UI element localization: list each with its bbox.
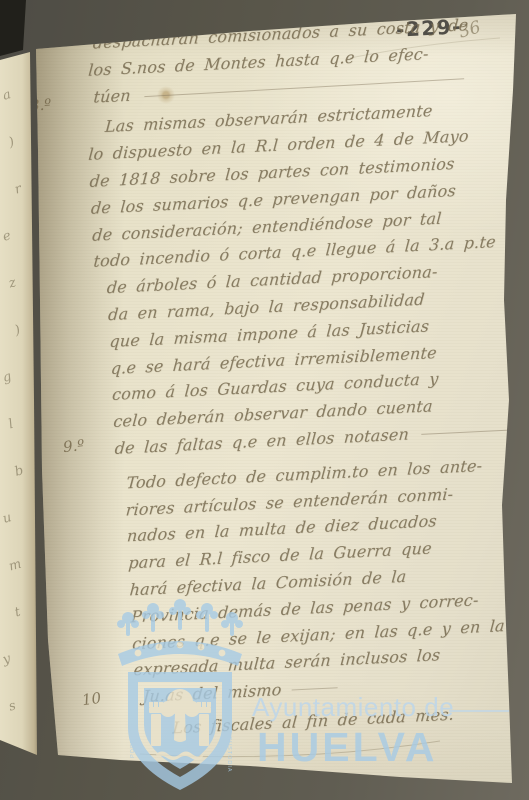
- margin-article-number-8: 8.º: [29, 95, 52, 114]
- edge-ink-fragment: u: [1, 510, 13, 527]
- edge-ink-fragment: ): [13, 323, 22, 339]
- edge-ink-fragment: t: [13, 605, 22, 621]
- edge-ink-fragment: r: [13, 181, 23, 197]
- edge-ink-fragment: g: [1, 369, 13, 386]
- edge-ink-fragment: l: [7, 417, 15, 433]
- edge-ink-fragment: y: [1, 651, 12, 667]
- photo-corner-shadow: [0, 0, 26, 56]
- photo-background: a)rez)glbumtys -229- 36 8.º 9.º 10 despa…: [0, 0, 529, 800]
- margin-article-number-9: 9.º: [62, 436, 85, 456]
- edge-ink-fragment: e: [1, 228, 13, 245]
- edge-ink-fragment: ): [7, 135, 16, 151]
- edge-ink-fragment: a: [1, 87, 13, 104]
- margin-article-number-10: 10: [81, 689, 102, 709]
- edge-ink-fragment: s: [7, 698, 18, 714]
- edge-ink-fragment: z: [7, 275, 18, 291]
- edge-ink-fragment: b: [13, 463, 25, 480]
- edge-ink-fragment: m: [7, 557, 23, 575]
- facing-page-edge: a)rez)glbumtys: [0, 0, 40, 800]
- manuscript-page: -229- 36 8.º 9.º 10 despacharán comision…: [0, 0, 529, 800]
- manuscript-lines: despacharán comisionados a su costa y de…: [82, 13, 529, 748]
